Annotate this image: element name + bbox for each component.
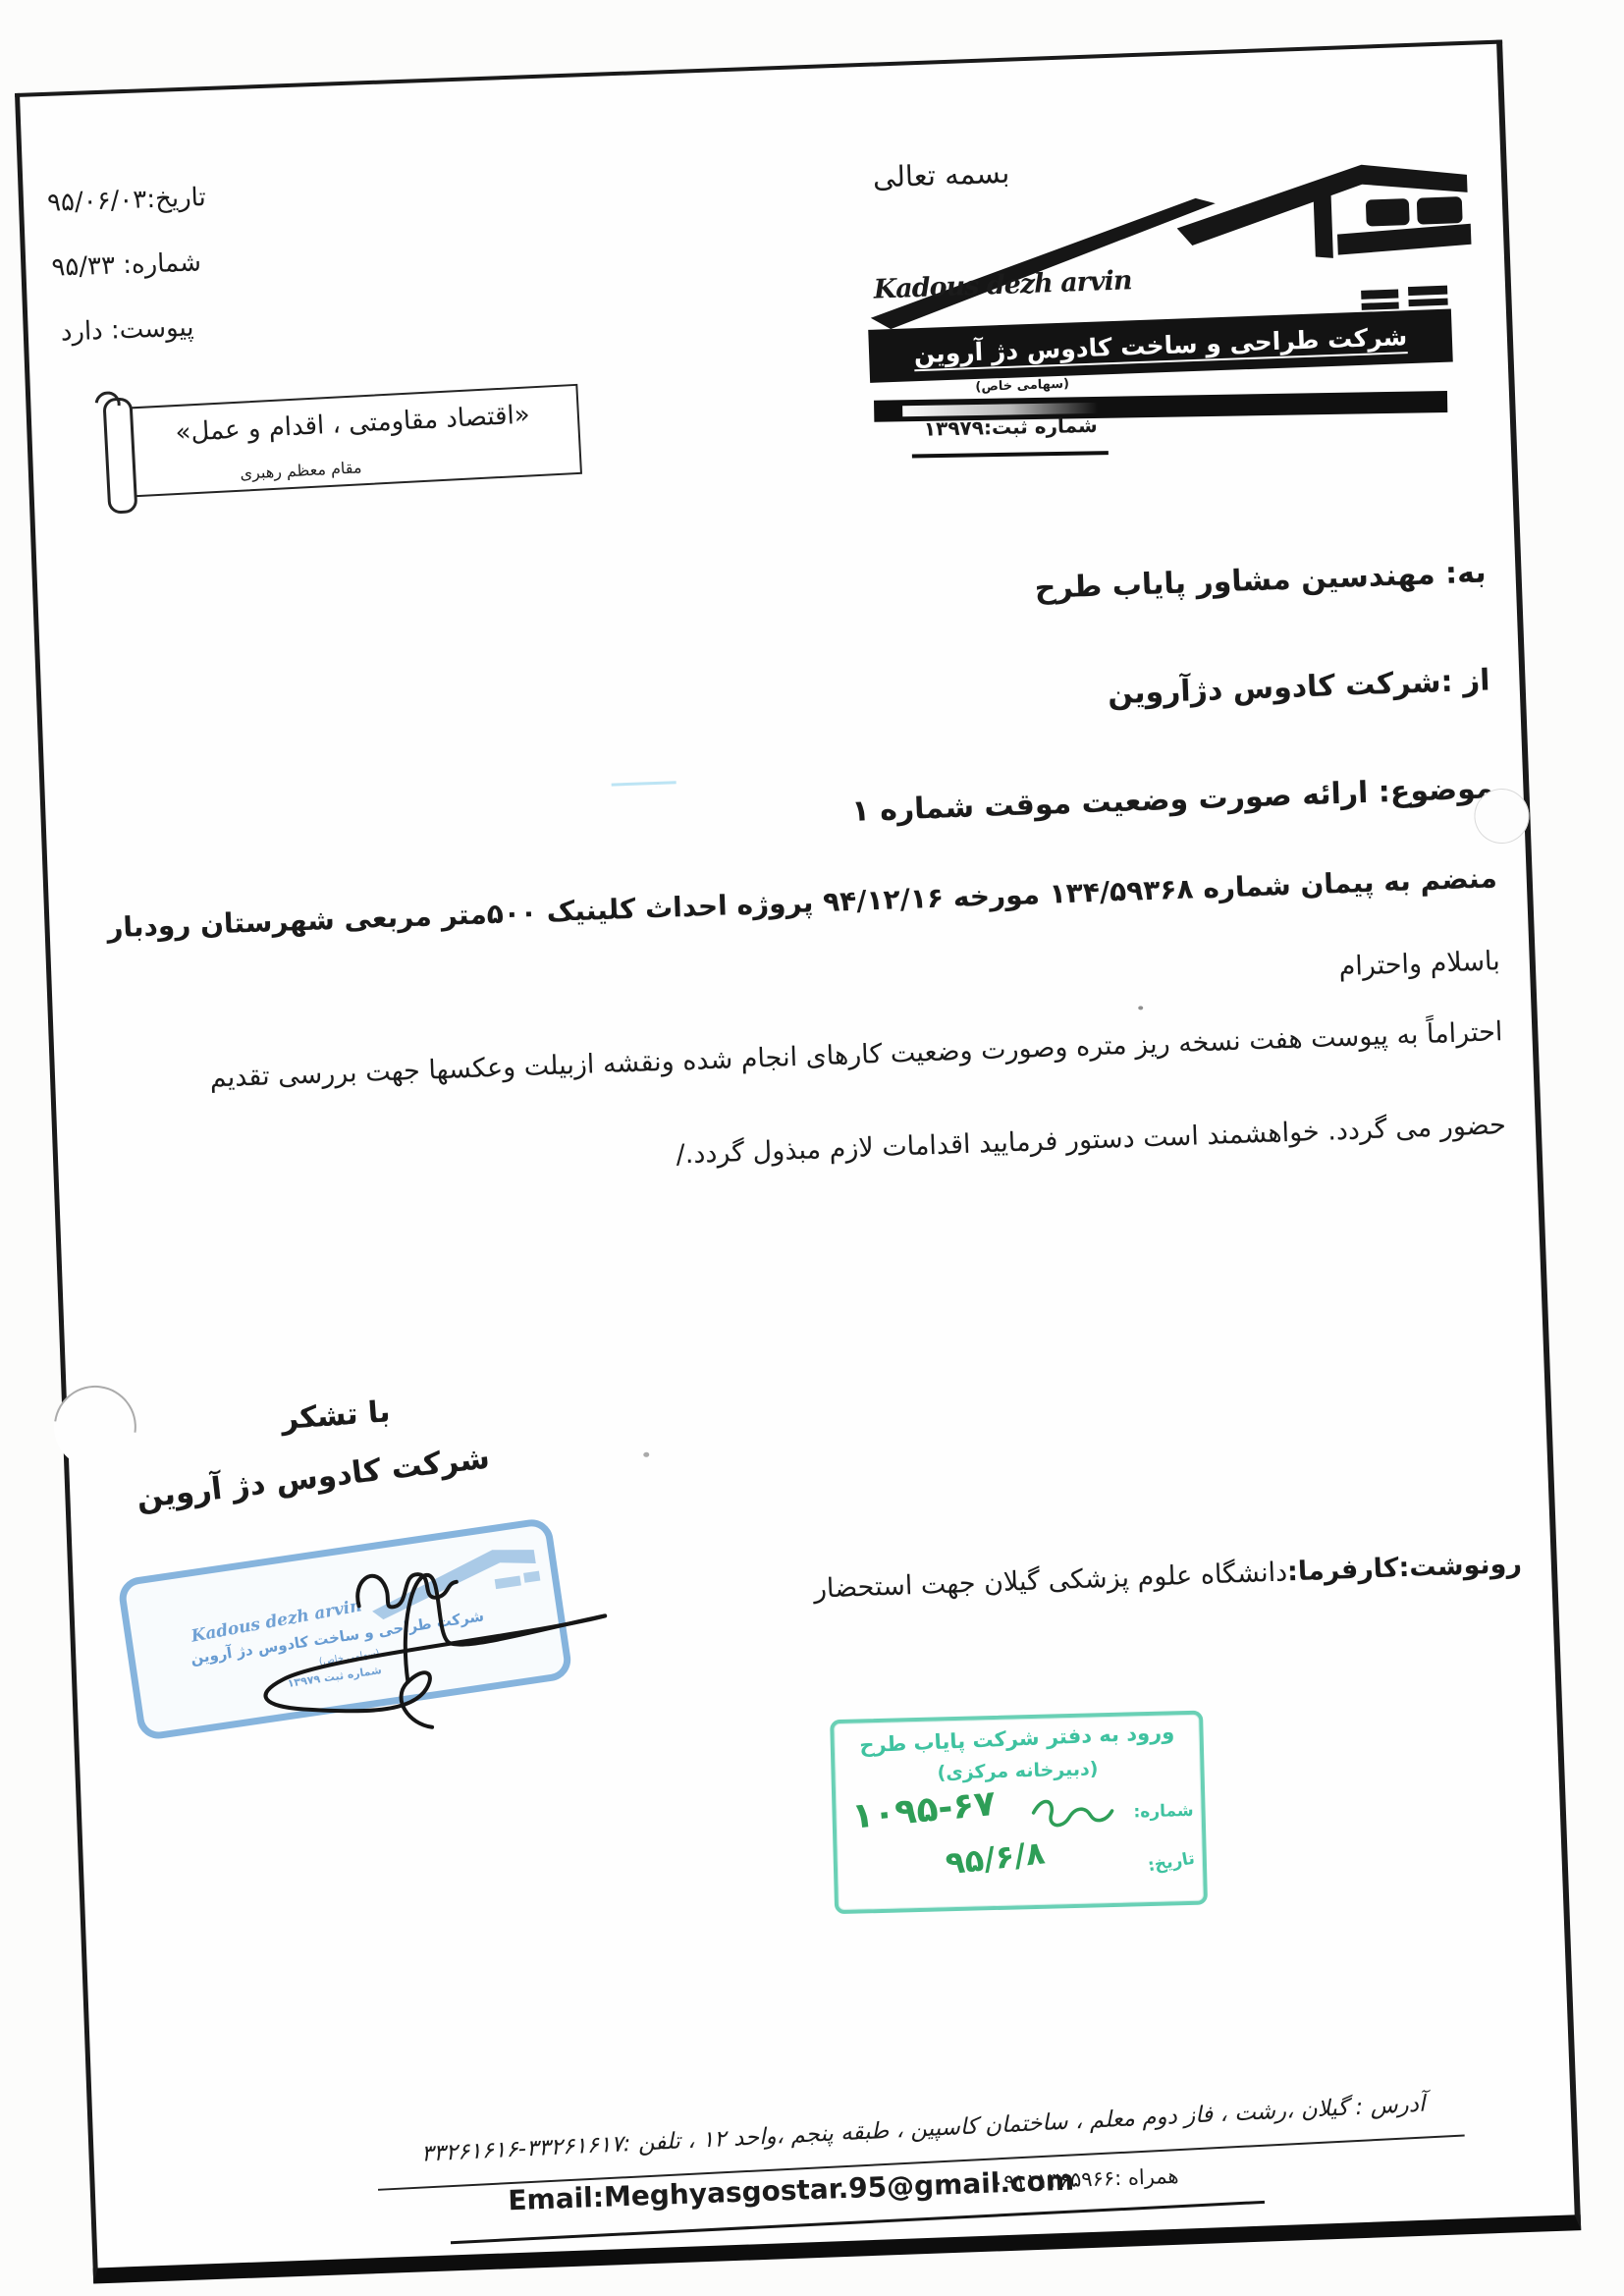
cc-label: رونوشت:کارفرما: xyxy=(1287,1549,1523,1588)
receipt-number-label: شماره: xyxy=(1133,1801,1194,1823)
slogan-text: «اقتصاد مقاومتی ، اقدام و عمل» xyxy=(147,399,559,450)
receipt-stamp-subtitle: (دبیرخانه مرکزی) xyxy=(835,1756,1200,1786)
registration-underline xyxy=(912,451,1109,458)
signature xyxy=(207,1480,639,1770)
slogan-scroll-banner: «اقتصاد مقاومتی ، اقدام و عمل» مقام معظم… xyxy=(109,384,582,499)
cc-line: رونوشت:کارفرما:دانشگاه علوم پزشکی گیلان … xyxy=(813,1549,1522,1605)
toner-speck xyxy=(643,1452,649,1457)
company-name-text: شرکت طراحی و ساخت کادوس دژ آروین xyxy=(913,322,1407,368)
scan-line-artifact xyxy=(612,781,677,786)
toner-speck xyxy=(1138,1006,1143,1010)
letter-salutation: باسلام واحترام xyxy=(1338,946,1500,982)
number-field: شماره: ۹۵/۳۳ xyxy=(51,247,202,282)
page-curl-artifact xyxy=(37,1369,153,1485)
slogan-attribution: مقام معظم رهبری xyxy=(240,458,362,482)
receipt-number-scribble xyxy=(1028,1779,1123,1832)
cc-text: دانشگاه علوم پزشکی گیلان جهت استحضار xyxy=(813,1557,1287,1604)
letter-body-line-2: حضور می گردد. خواهشمند است دستور فرمایید… xyxy=(676,1110,1506,1170)
punch-hole xyxy=(1473,788,1530,845)
scanned-letter-canvas: بسمه تعالی تاریخ:۹۵/۰۶/۰۳ شماره: ۹۵/۳۳ پ… xyxy=(0,0,1624,2296)
receipt-number-handwritten: ۱۰۹۵-۶۷ xyxy=(850,1783,998,1837)
letter-from-line: از :شرکت کادوس دژآروین xyxy=(1108,663,1491,711)
letter-body-line-1: احتراماً به پیوست هفت نسخه ریز متره وصور… xyxy=(209,1016,1503,1093)
footer-email: Email:Meghyasgostar.95@gmail.com xyxy=(508,2164,1075,2217)
attachment-field: پیوست: دارد xyxy=(60,313,194,348)
closing-thanks: با تشکر xyxy=(281,1394,392,1437)
company-type-text: (سهامی خاص) xyxy=(975,377,1069,395)
footer-address: آدرس : گیلان ،رشت ، فاز دوم معلم ، ساختم… xyxy=(378,2089,1468,2168)
letter-page: بسمه تعالی تاریخ:۹۵/۰۶/۰۳ شماره: ۹۵/۳۳ پ… xyxy=(15,40,1581,2284)
date-field: تاریخ:۹۵/۰۶/۰۳ xyxy=(47,183,207,218)
receipt-date-handwritten: ۹۵/۶/۸ xyxy=(944,1833,1047,1882)
letter-subject-line: موضوع: ارائه صورت وضعیت موقت شماره ۱ xyxy=(851,771,1494,829)
letter-reference-line: منضم به پیمان شماره ۱۳۴/۵۹۳۶۸ مورخه ۹۴/۱… xyxy=(107,861,1498,944)
letter-to-line: به: مهندسین مشاور پایاب طرح xyxy=(1034,555,1487,606)
receipt-date-label: تاریخ: xyxy=(1147,1849,1197,1877)
receipt-stamp-title: ورود به دفتر شرکت پایاب طرح xyxy=(834,1719,1200,1758)
registration-number-text: شماره ثبت:۱۳۹۷۹ xyxy=(924,413,1098,441)
receipt-entry-stamp: ورود به دفتر شرکت پایاب طرح (دبیرخانه مر… xyxy=(830,1711,1208,1915)
